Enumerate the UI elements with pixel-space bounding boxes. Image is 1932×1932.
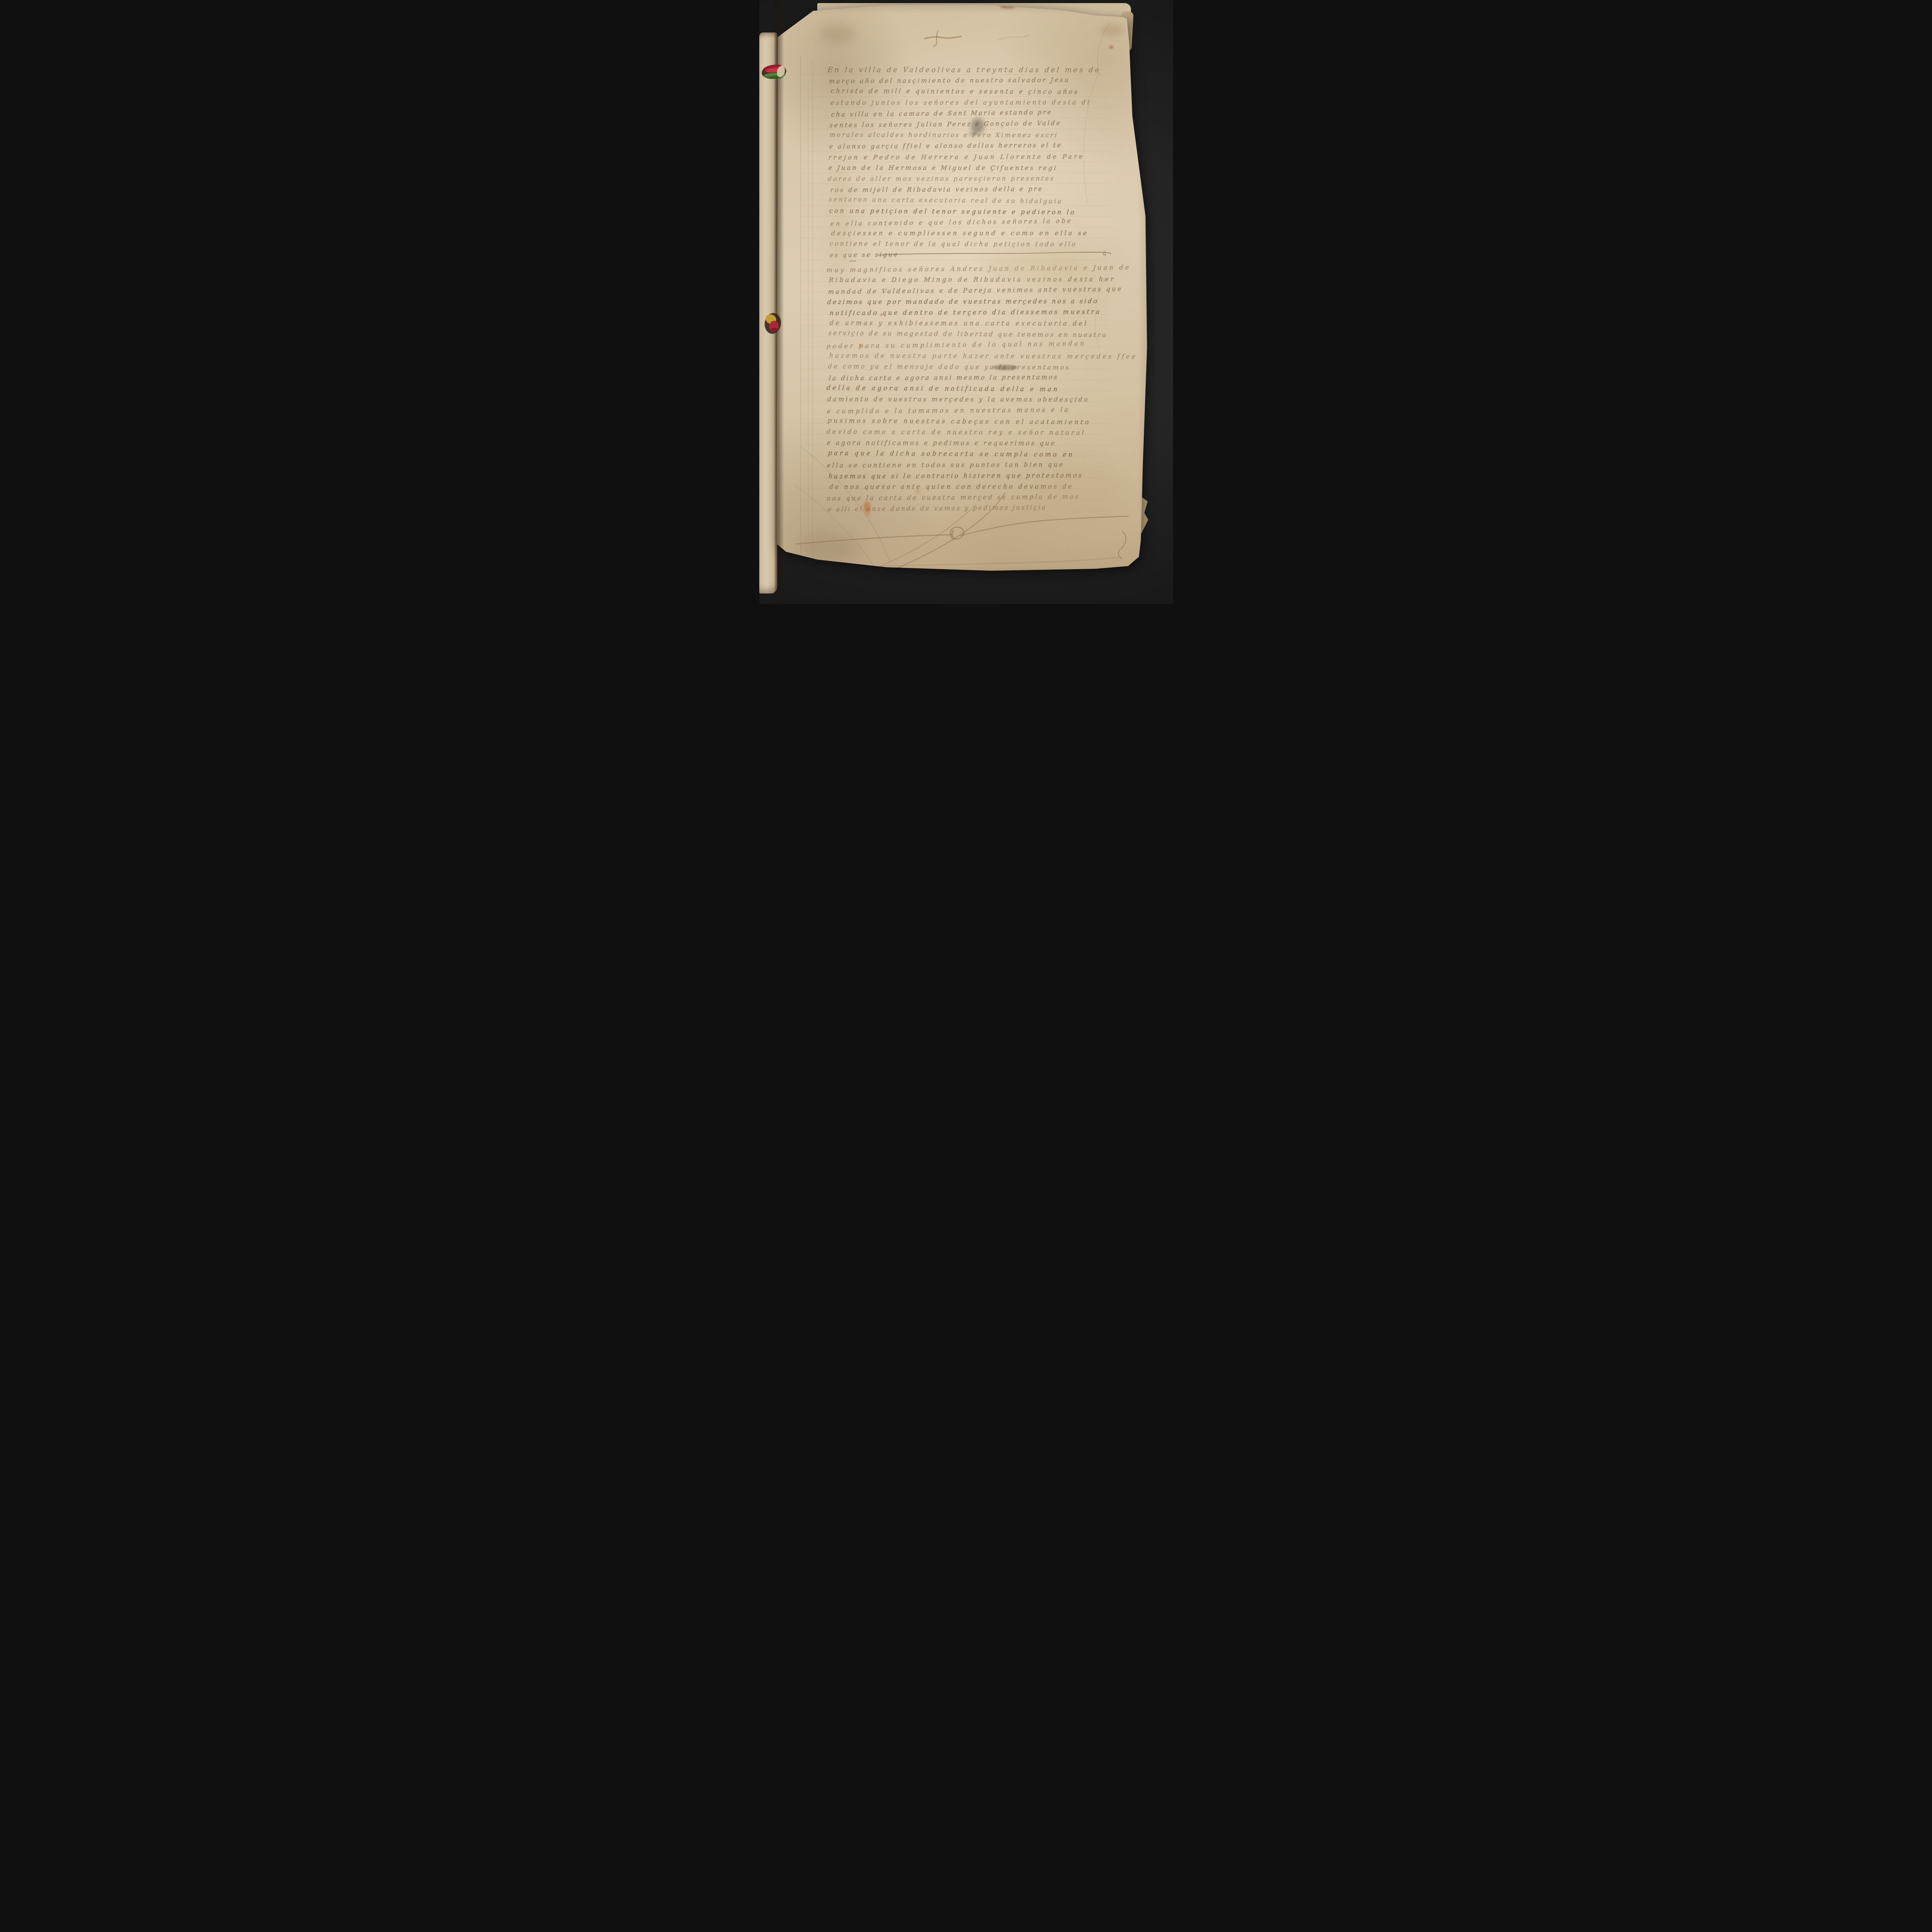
- manuscript-line: Ribadavia e Diego Mingo de Ribadavia vez…: [828, 276, 1116, 284]
- stain: [1044, 464, 1122, 511]
- stain: [1133, 16, 1138, 20]
- manuscript-line: ella se contiene en todos sus puntos tan…: [827, 461, 1065, 469]
- manuscript-line: sentes los señores Julian Perez e Gonçal…: [829, 119, 1062, 129]
- manuscript-line: março año del nasçimiento de nuestro sal…: [828, 76, 1070, 85]
- manuscript-line: christo de mill e quinientos e sesenta e…: [830, 87, 1079, 95]
- stain: [866, 512, 870, 516]
- manuscript-line: la dicha carta e agora ansi mesmo la pre…: [828, 374, 1059, 382]
- manuscript-line: sentaron una carta executoria real de su…: [828, 196, 1063, 205]
- manuscript-line: dores de aller mos vezinos paresçieron p…: [827, 175, 1055, 182]
- manuscript-line: hazemos de nuestra parte hazer ante vues…: [829, 352, 1138, 360]
- manuscript-line: rrejon e Pedro de Herrera e Juan Llorent…: [828, 153, 1085, 161]
- gutter-shadow: [774, 0, 784, 604]
- stain: [859, 344, 862, 347]
- manuscript-line: dezimos que por mandado de vuestras merç…: [827, 297, 1099, 306]
- manuscript-line: de nos quexar ante quien con derecho dev…: [829, 483, 1074, 491]
- manuscript-line: notificado que dentro de terçero dia die…: [829, 308, 1102, 317]
- manuscript-line: nos que la carta de vuestra merçed se cu…: [826, 493, 1080, 502]
- manuscript-line: contiene el tenor de la qual dicha petiç…: [829, 240, 1077, 248]
- stain: [1100, 25, 1124, 36]
- manuscript-line: devido como a carta de nuestro rey e señ…: [826, 428, 1086, 437]
- manuscript-line: desçiessen e cumpliessen segund e como e…: [831, 230, 1089, 237]
- stain: [915, 490, 920, 493]
- catchword-mark: q̃: [1102, 249, 1106, 257]
- manuscript-line: en ella contenido e que los dichos señor…: [830, 217, 1073, 228]
- manuscript-line: de como ya el mensaje dado que ya la pre…: [828, 362, 1071, 371]
- manuscript-photograph: aos q̃ En la villa de Valdeolivas a trey…: [759, 0, 1173, 604]
- stain: [971, 118, 984, 134]
- stain: [1121, 12, 1131, 17]
- manuscript-line: muy magnificos señores Andres Juan de Ri…: [826, 264, 1131, 274]
- manuscript-line: En la villa de Valdeolivas a treynta dia…: [827, 66, 1101, 74]
- manuscript-line: para que la dicha sobrecarta se cumpla c…: [828, 449, 1075, 458]
- stain: [1000, 4, 1015, 9]
- stain: [1109, 46, 1113, 49]
- manuscript-line: morales alcaldes hordinarios e Pero Xime…: [829, 131, 1058, 139]
- stain: [880, 314, 883, 316]
- page-wrap: aos q̃ En la villa de Valdeolivas a trey…: [774, 2, 1150, 580]
- manuscript-line: e cumplido e la tomamos en nuestras mano…: [827, 406, 1070, 415]
- stain: [820, 24, 855, 44]
- manuscript-line: con una petiçion del tenor seguiente e p…: [829, 207, 1076, 216]
- stain: [969, 132, 976, 136]
- manuscript-line: della de agora ansi de notificada della …: [826, 384, 1060, 393]
- manuscript-line: ros de mijell de Ribadavia vezinos della…: [830, 185, 1044, 194]
- manuscript-line: hazemos que si lo contrario hizieren que…: [828, 472, 1083, 480]
- manuscript-line: pusimos sobre nuestras cabeças con el ac…: [827, 417, 1091, 426]
- binding-thread-yellow-red: [771, 328, 778, 332]
- stain: [983, 248, 1083, 281]
- stain: [797, 535, 859, 563]
- stain: [864, 502, 871, 512]
- stain: [993, 365, 1017, 370]
- stain: [1014, 3, 1021, 6]
- manuscript-line: de armas y exhibiessemos una carta execu…: [829, 319, 1088, 327]
- manuscript-line: e agora notificamos e pedimos e requerim…: [827, 439, 1056, 447]
- manuscript-line: e alli el onze donde de vamos y pedimos …: [827, 504, 1047, 514]
- manuscript-line: estando juntos los señores del ayuntamie…: [830, 99, 1092, 106]
- manuscript-page: aos q̃ En la villa de Valdeolivas a trey…: [774, 2, 1150, 580]
- manuscript-line: e Juan de la Hermosa e Miguel de Çifuent…: [828, 164, 1058, 172]
- manuscript-line: poder para su cumplimiento de lo qual no…: [826, 340, 1086, 350]
- stain: [827, 165, 851, 281]
- superscript-abbreviation: aos: [850, 259, 856, 263]
- manuscript-line: mandad de Valdeolivas e de Pareja venimo…: [828, 286, 1123, 296]
- manuscript-line: serviçio de su magestad de libertad que …: [828, 329, 1108, 338]
- manuscript-line: cha villa en la camara de Sant Maria est…: [831, 109, 1053, 118]
- manuscript-line: damiento de vuestras merçedes y la avemo…: [827, 396, 1090, 403]
- manuscript-line: e alonso garçia ffiel e alonso dellos he…: [829, 142, 1063, 151]
